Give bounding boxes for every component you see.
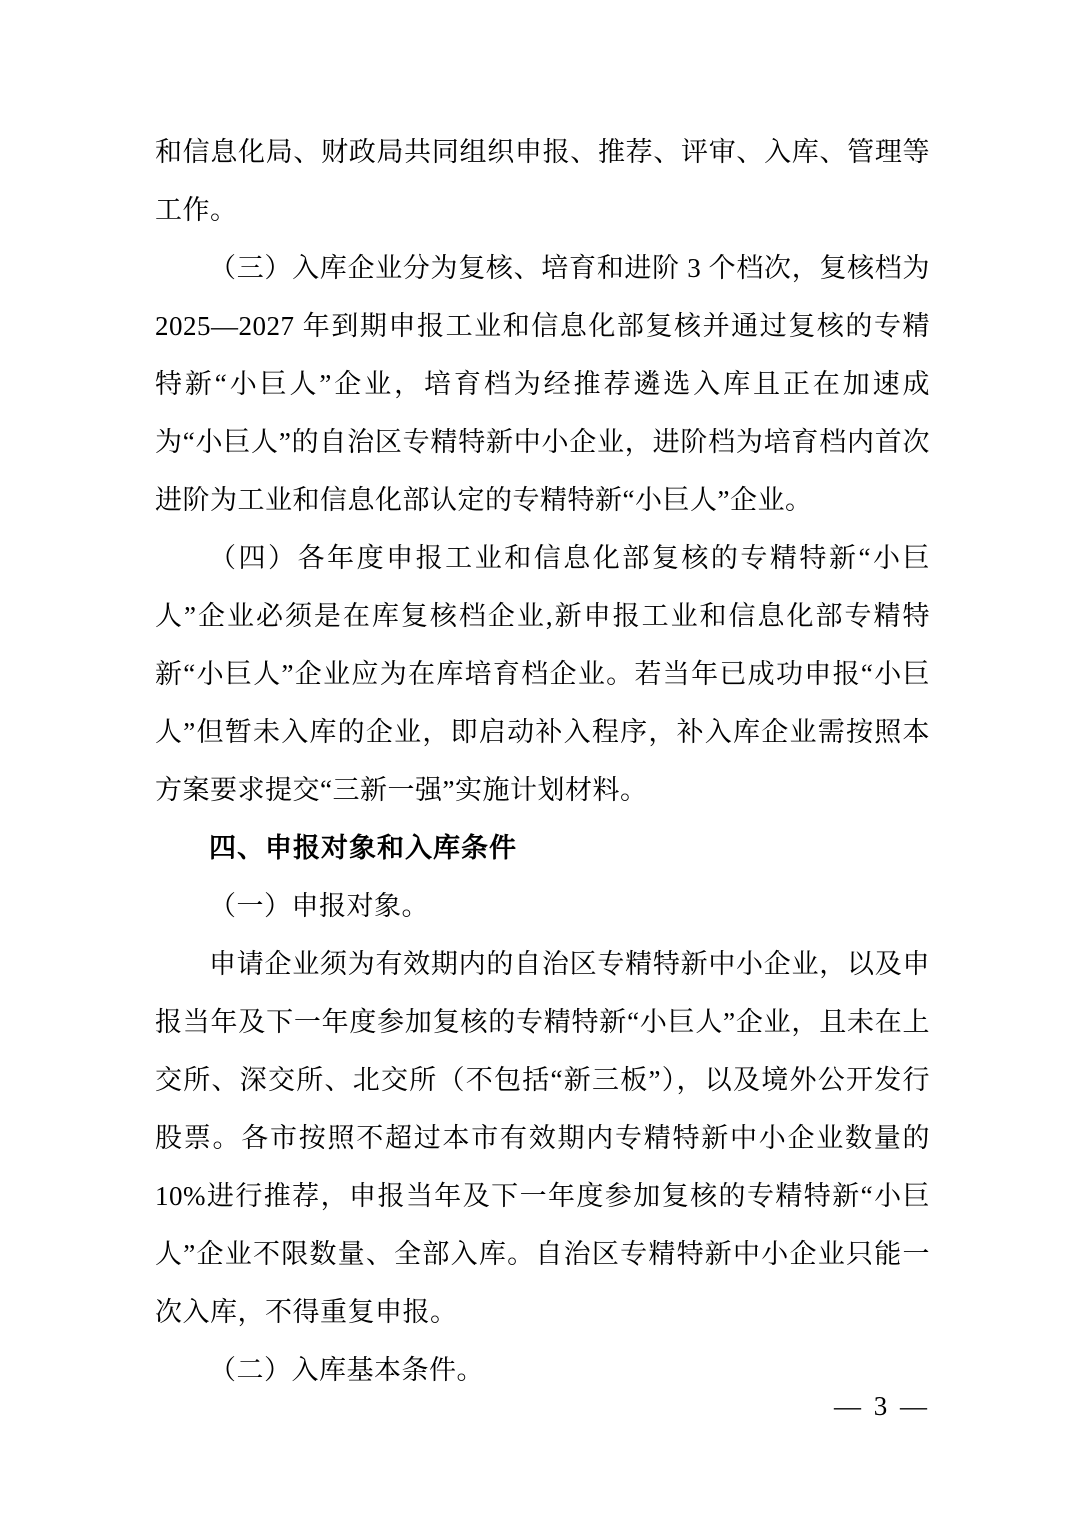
paragraph-item-4: （四）各年度申报工业和信息化部复核的专精特新“小巨人”企业必须是在库复核档企业,… (155, 529, 930, 819)
paragraph-item-3: （三）入库企业分为复核、培育和进阶 3 个档次，复核档为 2025—2027 年… (155, 239, 930, 529)
paragraph-continuation: 和信息化局、财政局共同组织申报、推荐、评审、入库、管理等工作。 (155, 123, 930, 239)
paragraph-sub-item-2: （二）入库基本条件。 (155, 1341, 930, 1399)
document-page: 和信息化局、财政局共同组织申报、推荐、评审、入库、管理等工作。 （三）入库企业分… (0, 0, 1074, 1520)
paragraph-sub-item-1: （一）申报对象。 (155, 877, 930, 935)
document-body: 和信息化局、财政局共同组织申报、推荐、评审、入库、管理等工作。 （三）入库企业分… (155, 123, 930, 1399)
paragraph-application-targets: 申请企业须为有效期内的自治区专精特新中小企业，以及申报当年及下一年度参加复核的专… (155, 935, 930, 1341)
section-heading: 四、申报对象和入库条件 (155, 819, 930, 877)
page-number: — 3 — (834, 1388, 930, 1424)
